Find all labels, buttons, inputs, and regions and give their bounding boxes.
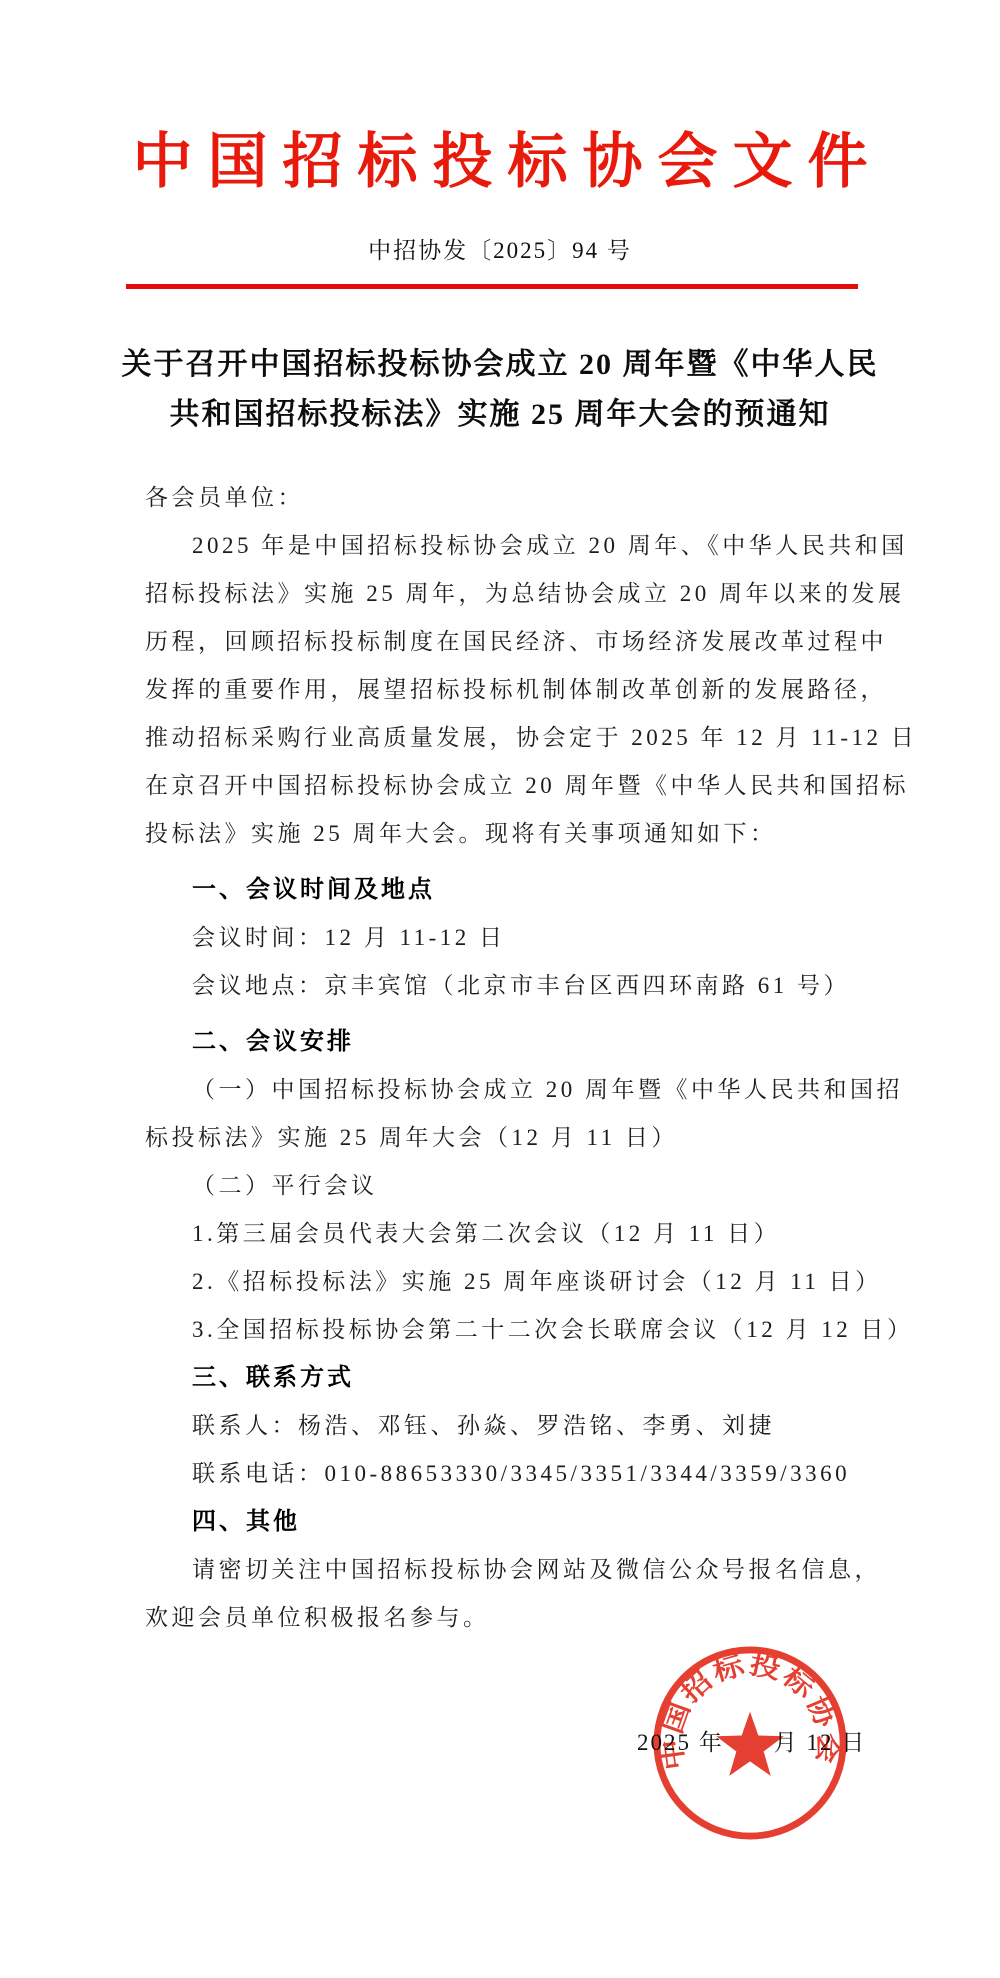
- meeting-time-line: 会议时间：12 月 11-12 日: [145, 914, 867, 962]
- agenda-item-line: 标投标法》实施 25 周年大会（12 月 11 日）: [145, 1114, 867, 1162]
- official-red-seal: 中国招标投标协会: [652, 1645, 848, 1841]
- body-line: 欢迎会员单位积极报名参与。: [145, 1594, 867, 1642]
- document-body: 各会员单位： 2025 年是中国招标投标协会成立 20 周年、《中华人民共和国 …: [145, 474, 867, 1642]
- body-line: 2025 年是中国招标投标协会成立 20 周年、《中华人民共和国: [145, 522, 867, 570]
- body-line: 招标投标法》实施 25 周年，为总结协会成立 20 周年以来的发展: [145, 570, 867, 618]
- document-title: 关于召开中国招标投标协会成立 20 周年暨《中华人民 共和国招标投标法》实施 2…: [0, 340, 1000, 440]
- document-title-line1: 关于召开中国招标投标协会成立 20 周年暨《中华人民: [0, 340, 1000, 390]
- body-line: 历程，回顾招标投标制度在国民经济、市场经济发展改革过程中: [145, 618, 867, 666]
- section-heading-4: 四、其他: [145, 1498, 867, 1546]
- body-line: 请密切关注中国招标投标协会网站及微信公众号报名信息，: [145, 1546, 867, 1594]
- document-title-line2: 共和国招标投标法》实施 25 周年大会的预通知: [0, 390, 1000, 440]
- seal-star-icon: [716, 1712, 784, 1776]
- body-line: 发挥的重要作用，展望招标投标机制体制改革创新的发展路径，: [145, 666, 867, 714]
- parallel-meeting-line: 1.第三届会员代表大会第二次会议（12 月 11 日）: [145, 1210, 867, 1258]
- body-line: 推动招标采购行业高质量发展，协会定于 2025 年 12 月 11-12 日: [145, 714, 867, 762]
- letterhead-org-title: 中国招标投标协会文件: [0, 130, 1000, 194]
- document-number: 中招协发〔2025〕94 号: [0, 236, 1000, 266]
- agenda-item-line: （一）中国招标投标协会成立 20 周年暨《中华人民共和国招: [145, 1066, 867, 1114]
- official-document-page: 中国招标投标协会文件 中招协发〔2025〕94 号 关于召开中国招标投标协会成立…: [0, 0, 1000, 1978]
- contact-phone-line: 联系电话：010-88653330/3345/3351/3344/3359/33…: [145, 1450, 867, 1498]
- parallel-meeting-line: 3.全国招标投标协会第二十二次会长联席会议（12 月 12 日）: [145, 1306, 867, 1354]
- red-divider-rule: [126, 284, 858, 289]
- parallel-meeting-line: 2.《招标投标法》实施 25 周年座谈研讨会（12 月 11 日）: [145, 1258, 867, 1306]
- section-heading-1: 一、会议时间及地点: [145, 866, 867, 914]
- salutation-line: 各会员单位：: [145, 474, 867, 522]
- body-line: 在京召开中国招标投标协会成立 20 周年暨《中华人民共和国招标: [145, 762, 867, 810]
- body-line: 投标法》实施 25 周年大会。现将有关事项通知如下：: [145, 810, 867, 858]
- section-heading-3: 三、联系方式: [145, 1354, 867, 1402]
- agenda-item-line: （二）平行会议: [145, 1162, 867, 1210]
- section-heading-2: 二、会议安排: [145, 1018, 867, 1066]
- contact-names-line: 联系人：杨浩、邓钰、孙焱、罗浩铭、李勇、刘捷: [145, 1402, 867, 1450]
- meeting-place-line: 会议地点：京丰宾馆（北京市丰台区西四环南路 61 号）: [145, 962, 867, 1010]
